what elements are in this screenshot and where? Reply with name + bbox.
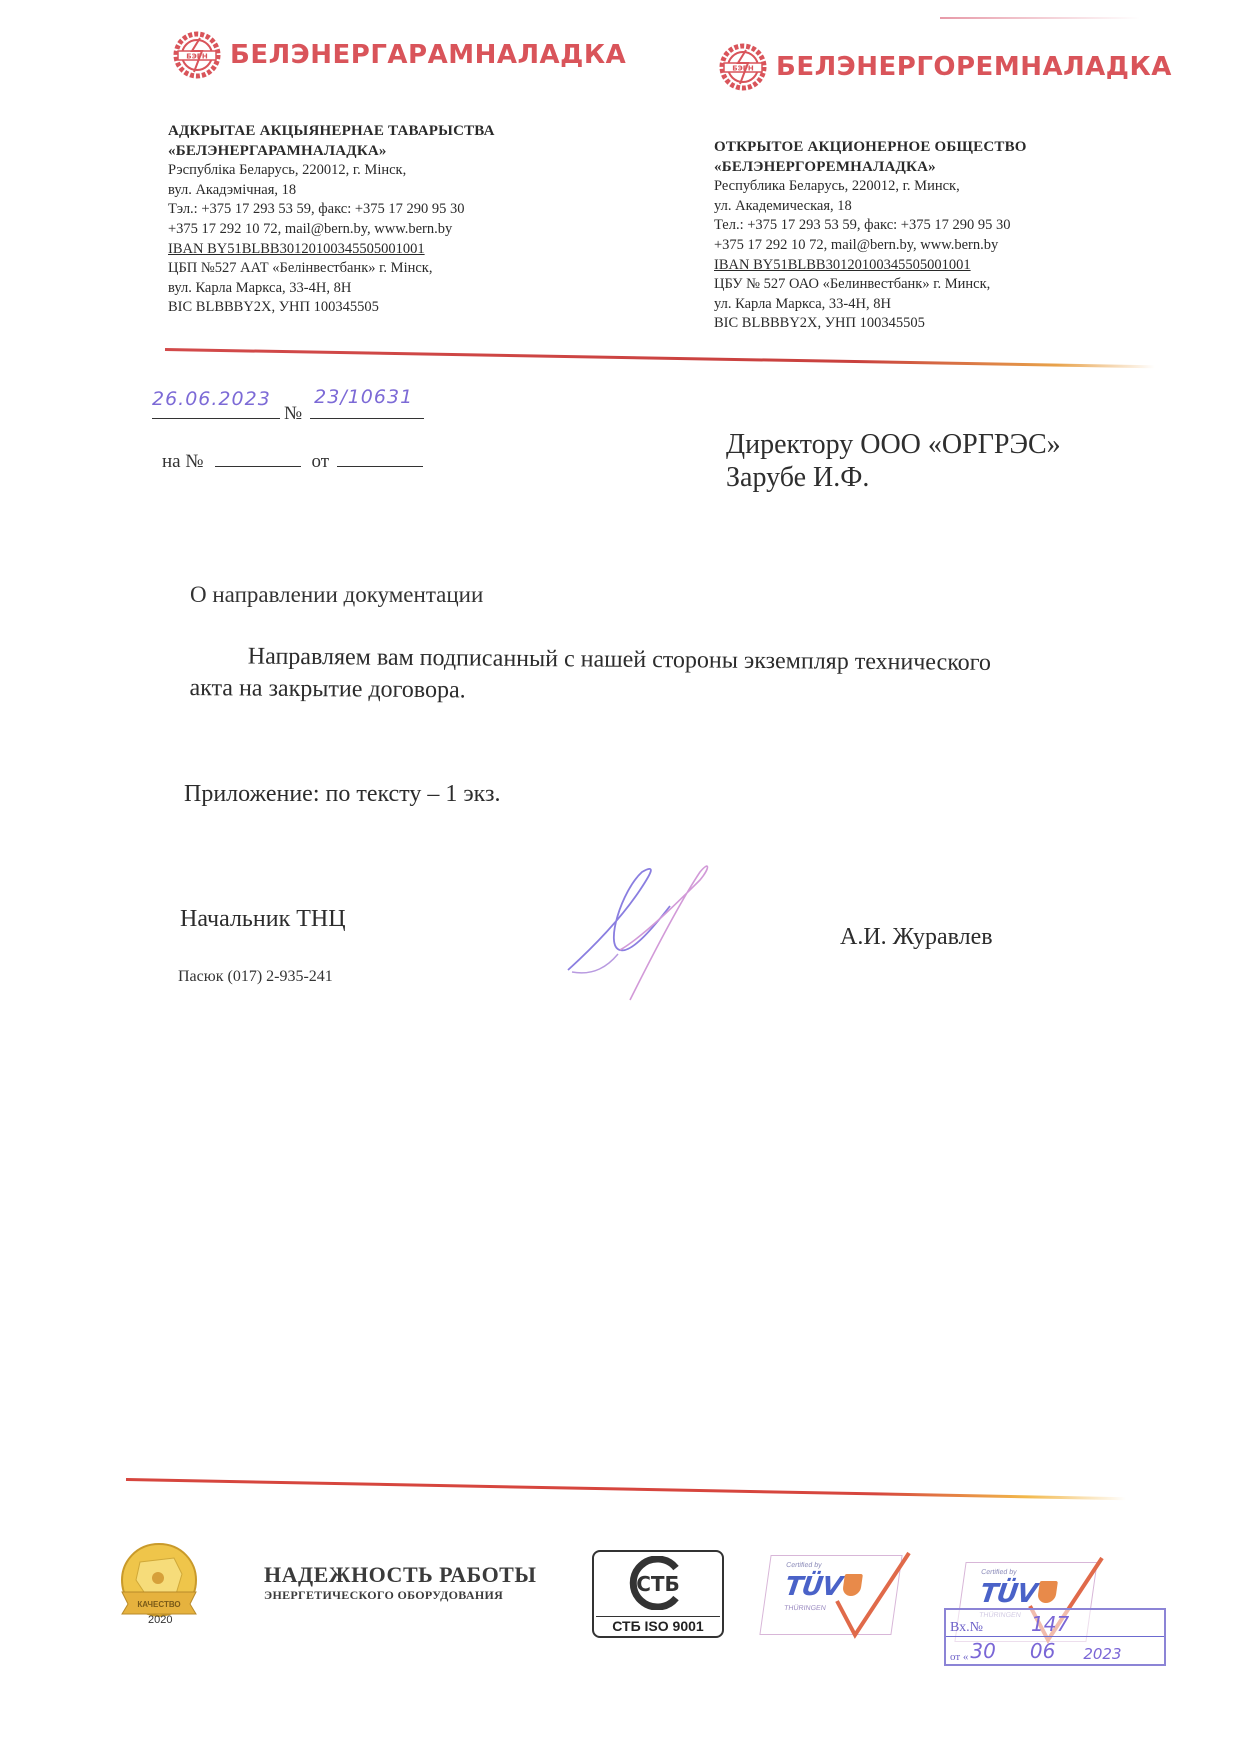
phone-line: Тэл.: +375 17 293 53 59, факс: +375 17 2…: [168, 200, 528, 220]
address-line: ул. Академическая, 18: [714, 197, 1094, 217]
contact-line: +375 17 292 10 72, mail@bern.by, www.ber…: [168, 220, 528, 240]
org-type: ОТКРЫТОЕ АКЦИОНЕРНОЕ ОБЩЕСТВО: [714, 138, 1094, 158]
outgoing-date: 26.06.2023: [152, 388, 271, 410]
outgoing-number: 23/10631: [314, 386, 413, 408]
svg-text:СТБ: СТБ: [636, 1572, 680, 1596]
iban-line: IBAN BY51BLBB30120100345505001001: [714, 256, 1094, 276]
signer-name: А.И. Журавлев: [840, 924, 993, 951]
outgoing-date-field: 26.06.2023: [152, 392, 280, 419]
bern-emblem-icon: БЭРН: [172, 30, 222, 80]
bern-emblem-icon: БЭРН: [718, 42, 768, 92]
executor-contact: Пасюк (017) 2-935-241: [178, 968, 333, 986]
svg-text:БЭРН: БЭРН: [732, 65, 754, 73]
address-line: Рэспубліка Беларусь, 220012, г. Мінск,: [168, 161, 528, 181]
number-label: №: [284, 403, 302, 424]
address-line: Республика Беларусь, 220012, г. Минск,: [714, 177, 1094, 197]
logo-left: БЭРН БЕЛЭНЕРГАРАМНАЛАДКА: [172, 30, 626, 80]
bank-line: ЦБП №527 ААТ «Белінвестбанк» г. Мінск,: [168, 259, 528, 279]
reference-number-field: [215, 448, 301, 467]
svg-text:БЭРН: БЭРН: [186, 53, 208, 61]
addressee: Директору ООО «ОРГРЭС» Зарубе И.Ф.: [726, 428, 1061, 494]
incoming-day: 30: [970, 1639, 995, 1663]
reference-registration: на № от: [162, 448, 462, 473]
tuv-certification-badge: Certified by TÜV THÜRINGEN: [765, 1555, 897, 1635]
stb-iso-label: СТБ ISO 9001: [596, 1616, 720, 1634]
address-line: вул. Акадэмічная, 18: [168, 181, 528, 201]
brand-name-belarusian: БЕЛЭНЕРГАРАМНАЛАДКА: [230, 40, 626, 70]
addressee-position: Директору ООО «ОРГРЭС»: [726, 428, 1061, 461]
incoming-date-row: от « 30 06 2023: [946, 1637, 1164, 1663]
org-type: АДКРЫТАЕ АКЦЫЯНЕРНАЕ ТАВАРЫСТВА: [168, 122, 528, 142]
handwritten-signature-icon: [560, 850, 750, 1020]
incoming-number: 147: [1031, 1612, 1069, 1636]
outgoing-registration: 26.06.2023 № 23/10631: [152, 392, 452, 425]
org-name: «БЕЛЭНЕРГОРЕМНАЛАДКА»: [714, 158, 1094, 178]
slogan-title: НАДЕЖНОСТЬ РАБОТЫ: [264, 1562, 536, 1588]
attachment-note: Приложение: по тексту – 1 экз.: [184, 778, 500, 810]
incoming-registration-stamp: Вх.№ 147 от « 30 06 2023: [944, 1608, 1166, 1666]
bank-address-line: ул. Карла Маркса, 33-4Н, 8Н: [714, 295, 1094, 315]
reference-date-field: [337, 448, 423, 467]
incoming-month: 06: [1030, 1639, 1055, 1663]
bank-line: ЦБУ № 527 ОАО «Белинвестбанк» г. Минск,: [714, 275, 1094, 295]
org-name: «БЕЛЭНЕРГАРАМНАЛАДКА»: [168, 142, 528, 162]
signer-position: Начальник ТНЦ: [180, 906, 346, 933]
bank-address-line: вул. Карла Маркса, 33-4Н, 8Н: [168, 279, 528, 299]
requisites-left: АДКРЫТАЕ АКЦЫЯНЕРНАЕ ТАВАРЫСТВА «БЕЛЭНЕР…: [168, 122, 528, 318]
check-mark-icon: [833, 1549, 913, 1641]
addressee-name: Зарубе И.Ф.: [726, 461, 1061, 494]
company-slogan: НАДЕЖНОСТЬ РАБОТЫ ЭНЕРГЕТИЧЕСКОГО ОБОРУД…: [264, 1562, 536, 1603]
corner-mark: [940, 17, 1140, 19]
bic-line: BIC BLBBBY2X, УНП 100345505: [168, 298, 528, 318]
header-divider: [165, 348, 1155, 368]
outgoing-number-field: 23/10631: [310, 392, 424, 419]
brand-name-russian: БЕЛЭНЕРГОРЕМНАЛАДКА: [776, 52, 1172, 82]
logo-right: БЭРН БЕЛЭНЕРГОРЕМНАЛАДКА: [718, 42, 1172, 92]
slogan-subtitle: ЭНЕРГЕТИЧЕСКОГО ОБОРУДОВАНИЯ: [264, 1588, 536, 1603]
footer-divider: [126, 1478, 1126, 1500]
award-year: 2020: [148, 1614, 172, 1626]
from-label: от: [311, 451, 329, 472]
letter-subject: О направлении документации: [190, 582, 483, 608]
incoming-year: 2023: [1083, 1645, 1121, 1663]
svg-text:КАЧЕСТВО: КАЧЕСТВО: [137, 1600, 180, 1609]
stb-logo-icon: СТБ: [628, 1556, 688, 1610]
requisites-right: ОТКРЫТОЕ АКЦИОНЕРНОЕ ОБЩЕСТВО «БЕЛЭНЕРГО…: [714, 138, 1094, 334]
incoming-number-label: Вх.№: [950, 1620, 983, 1636]
contact-line: +375 17 292 10 72, mail@bern.by, www.ber…: [714, 236, 1094, 256]
stb-iso-9001-badge: СТБ СТБ ISO 9001: [592, 1550, 724, 1638]
phone-line: Тел.: +375 17 293 53 59, факс: +375 17 2…: [714, 216, 1094, 236]
incoming-number-row: Вх.№ 147: [946, 1610, 1164, 1637]
bic-line: BIC BLBBBY2X, УНП 100345505: [714, 314, 1094, 334]
incoming-date-label: от «: [950, 1651, 968, 1663]
letter-body: Направляем вам подписанный с нашей сторо…: [189, 640, 1180, 713]
iban-line: IBAN BY51BLBB30120100345505001001: [168, 240, 528, 260]
reference-label: на №: [162, 451, 203, 472]
